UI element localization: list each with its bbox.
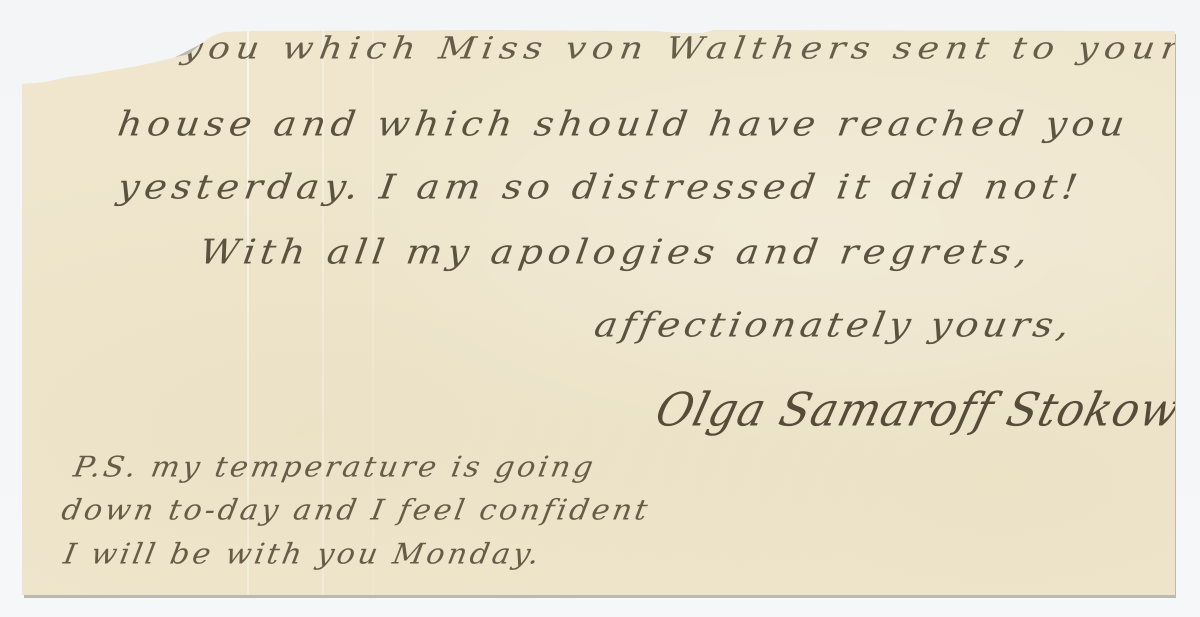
- letter-closing-line: With all my apologies and regrets,: [197, 232, 1035, 272]
- postscript-line-2: down to-day and I feel confident: [59, 494, 653, 527]
- letter-paper: you which Miss von Walthers sent to your…: [22, 30, 1175, 595]
- postscript-line-1: P.S. my temperature is going: [71, 451, 598, 484]
- postscript-line-3: I will be with you Monday.: [61, 538, 544, 571]
- letter-line-3: yesterday. I am so distressed it did not…: [115, 167, 1085, 207]
- letter-valediction: affectionately yours,: [592, 305, 1077, 345]
- scanned-letter: you which Miss von Walthers sent to your…: [0, 0, 1200, 617]
- letter-line-2: house and which should have reached you: [115, 104, 1132, 144]
- signature: Olga Samaroff Stokowski.: [650, 384, 1200, 438]
- letter-line-1: you which Miss von Walthers sent to your: [180, 31, 1187, 66]
